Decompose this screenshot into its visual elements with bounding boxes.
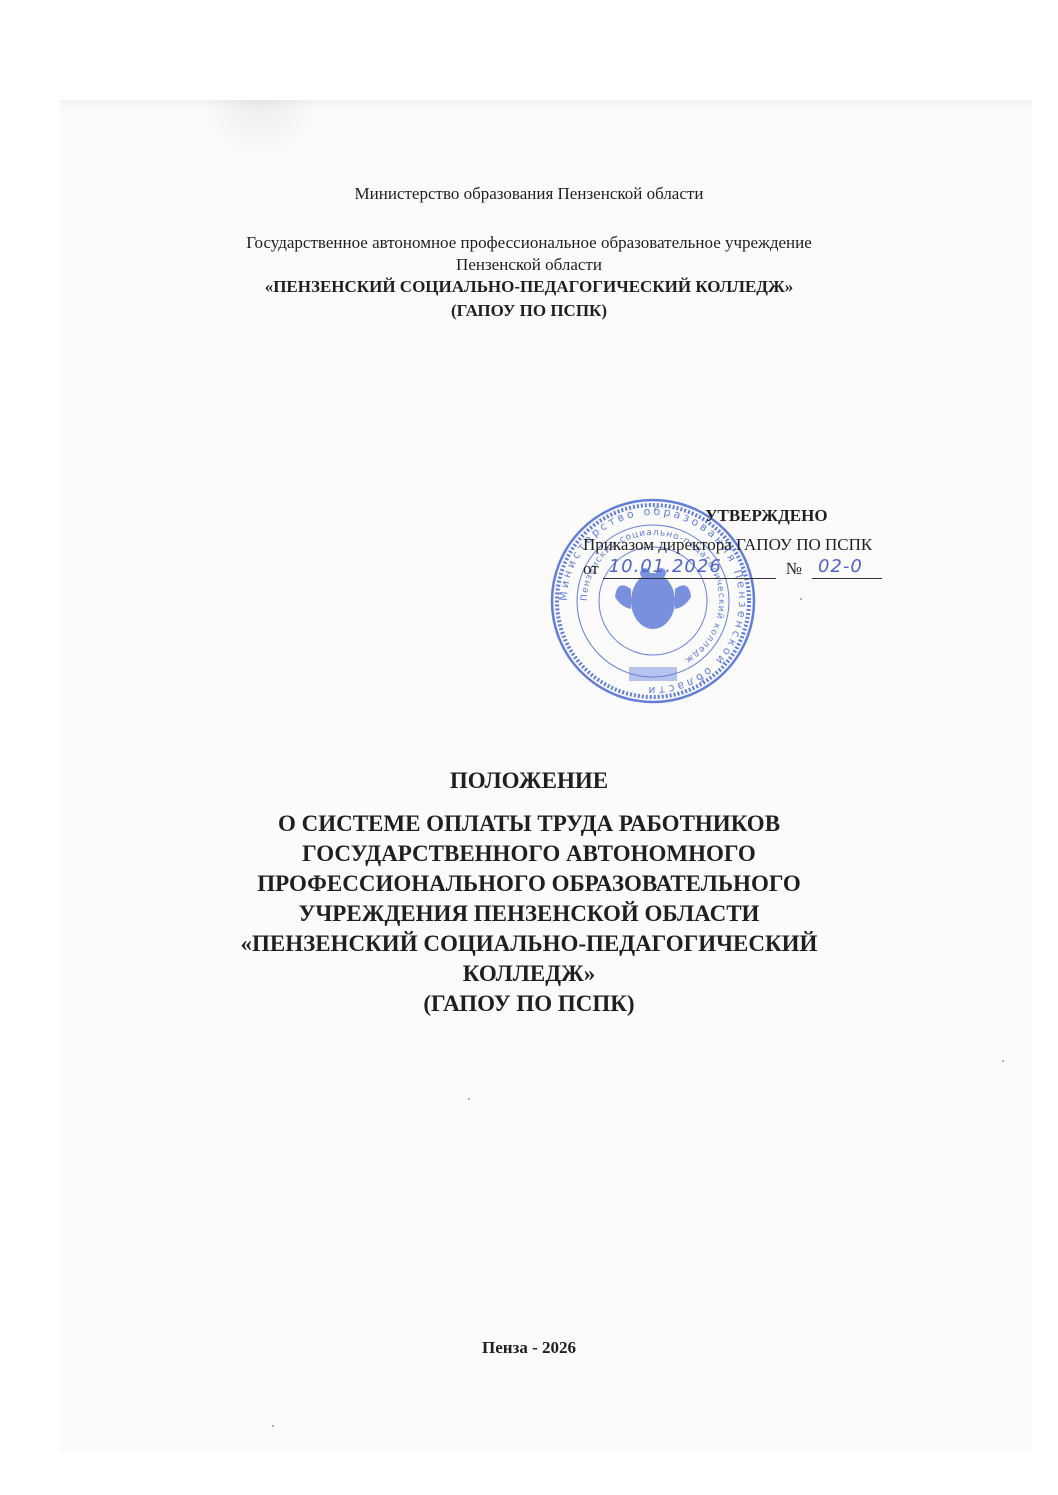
approved-label: УТВЕРЖДЕНО bbox=[705, 506, 828, 526]
document-subtitle: О СИСТЕМЕ ОПЛАТЫ ТРУДА РАБОТНИКОВ ГОСУДА… bbox=[0, 809, 1058, 1019]
scan-speck bbox=[468, 1098, 470, 1100]
approval-order-text: Приказом директора ГАПОУ ПО ПСПК bbox=[583, 535, 872, 555]
official-seal-icon: Министерство образования Пензенской обла… bbox=[549, 497, 757, 705]
institution-type: Государственное автономное профессиональ… bbox=[0, 233, 1058, 253]
institution-abbreviation: (ГАПОУ ПО ПСПК) bbox=[0, 301, 1058, 321]
subtitle-line: КОЛЛЕДЖ» bbox=[0, 959, 1058, 989]
subtitle-line: «ПЕНЗЕНСКИЙ СОЦИАЛЬНО-ПЕДАГОГИЧЕСКИЙ bbox=[0, 929, 1058, 959]
number-sign: № bbox=[786, 559, 802, 579]
subtitle-line: (ГАПОУ ПО ПСПК) bbox=[0, 989, 1058, 1019]
subtitle-line: УЧРЕЖДЕНИЯ ПЕНЗЕНСКОЙ ОБЛАСТИ bbox=[0, 899, 1058, 929]
scan-speck bbox=[1002, 1060, 1004, 1062]
subtitle-line: ГОСУДАРСТВЕННОГО АВТОНОМНОГО bbox=[0, 839, 1058, 869]
ministry-name: Министерство образования Пензенской обла… bbox=[0, 184, 1058, 204]
approval-date-line: от 10.01.2026 № 02-0 bbox=[583, 558, 882, 579]
city-year: Пенза - 2026 bbox=[0, 1338, 1058, 1358]
institution-name: «ПЕНЗЕНСКИЙ СОЦИАЛЬНО-ПЕДАГОГИЧЕСКИЙ КОЛ… bbox=[0, 277, 1058, 297]
institution-region: Пензенской области bbox=[0, 255, 1058, 275]
scan-shadow bbox=[200, 100, 320, 160]
subtitle-line: О СИСТЕМЕ ОПЛАТЫ ТРУДА РАБОТНИКОВ bbox=[0, 809, 1058, 839]
handwritten-date: 10.01.2026 bbox=[609, 556, 722, 577]
scan-speck bbox=[272, 1425, 274, 1427]
order-number-field: 02-0 bbox=[812, 558, 882, 579]
subtitle-line: ПРОФЕССИОНАЛЬНОГО ОБРАЗОВАТЕЛЬНОГО bbox=[0, 869, 1058, 899]
date-prefix: от bbox=[583, 559, 599, 579]
handwritten-order-number: 02-0 bbox=[818, 556, 863, 577]
document-title: ПОЛОЖЕНИЕ bbox=[0, 768, 1058, 794]
scan-speck bbox=[800, 598, 802, 600]
date-field: 10.01.2026 bbox=[603, 558, 776, 579]
